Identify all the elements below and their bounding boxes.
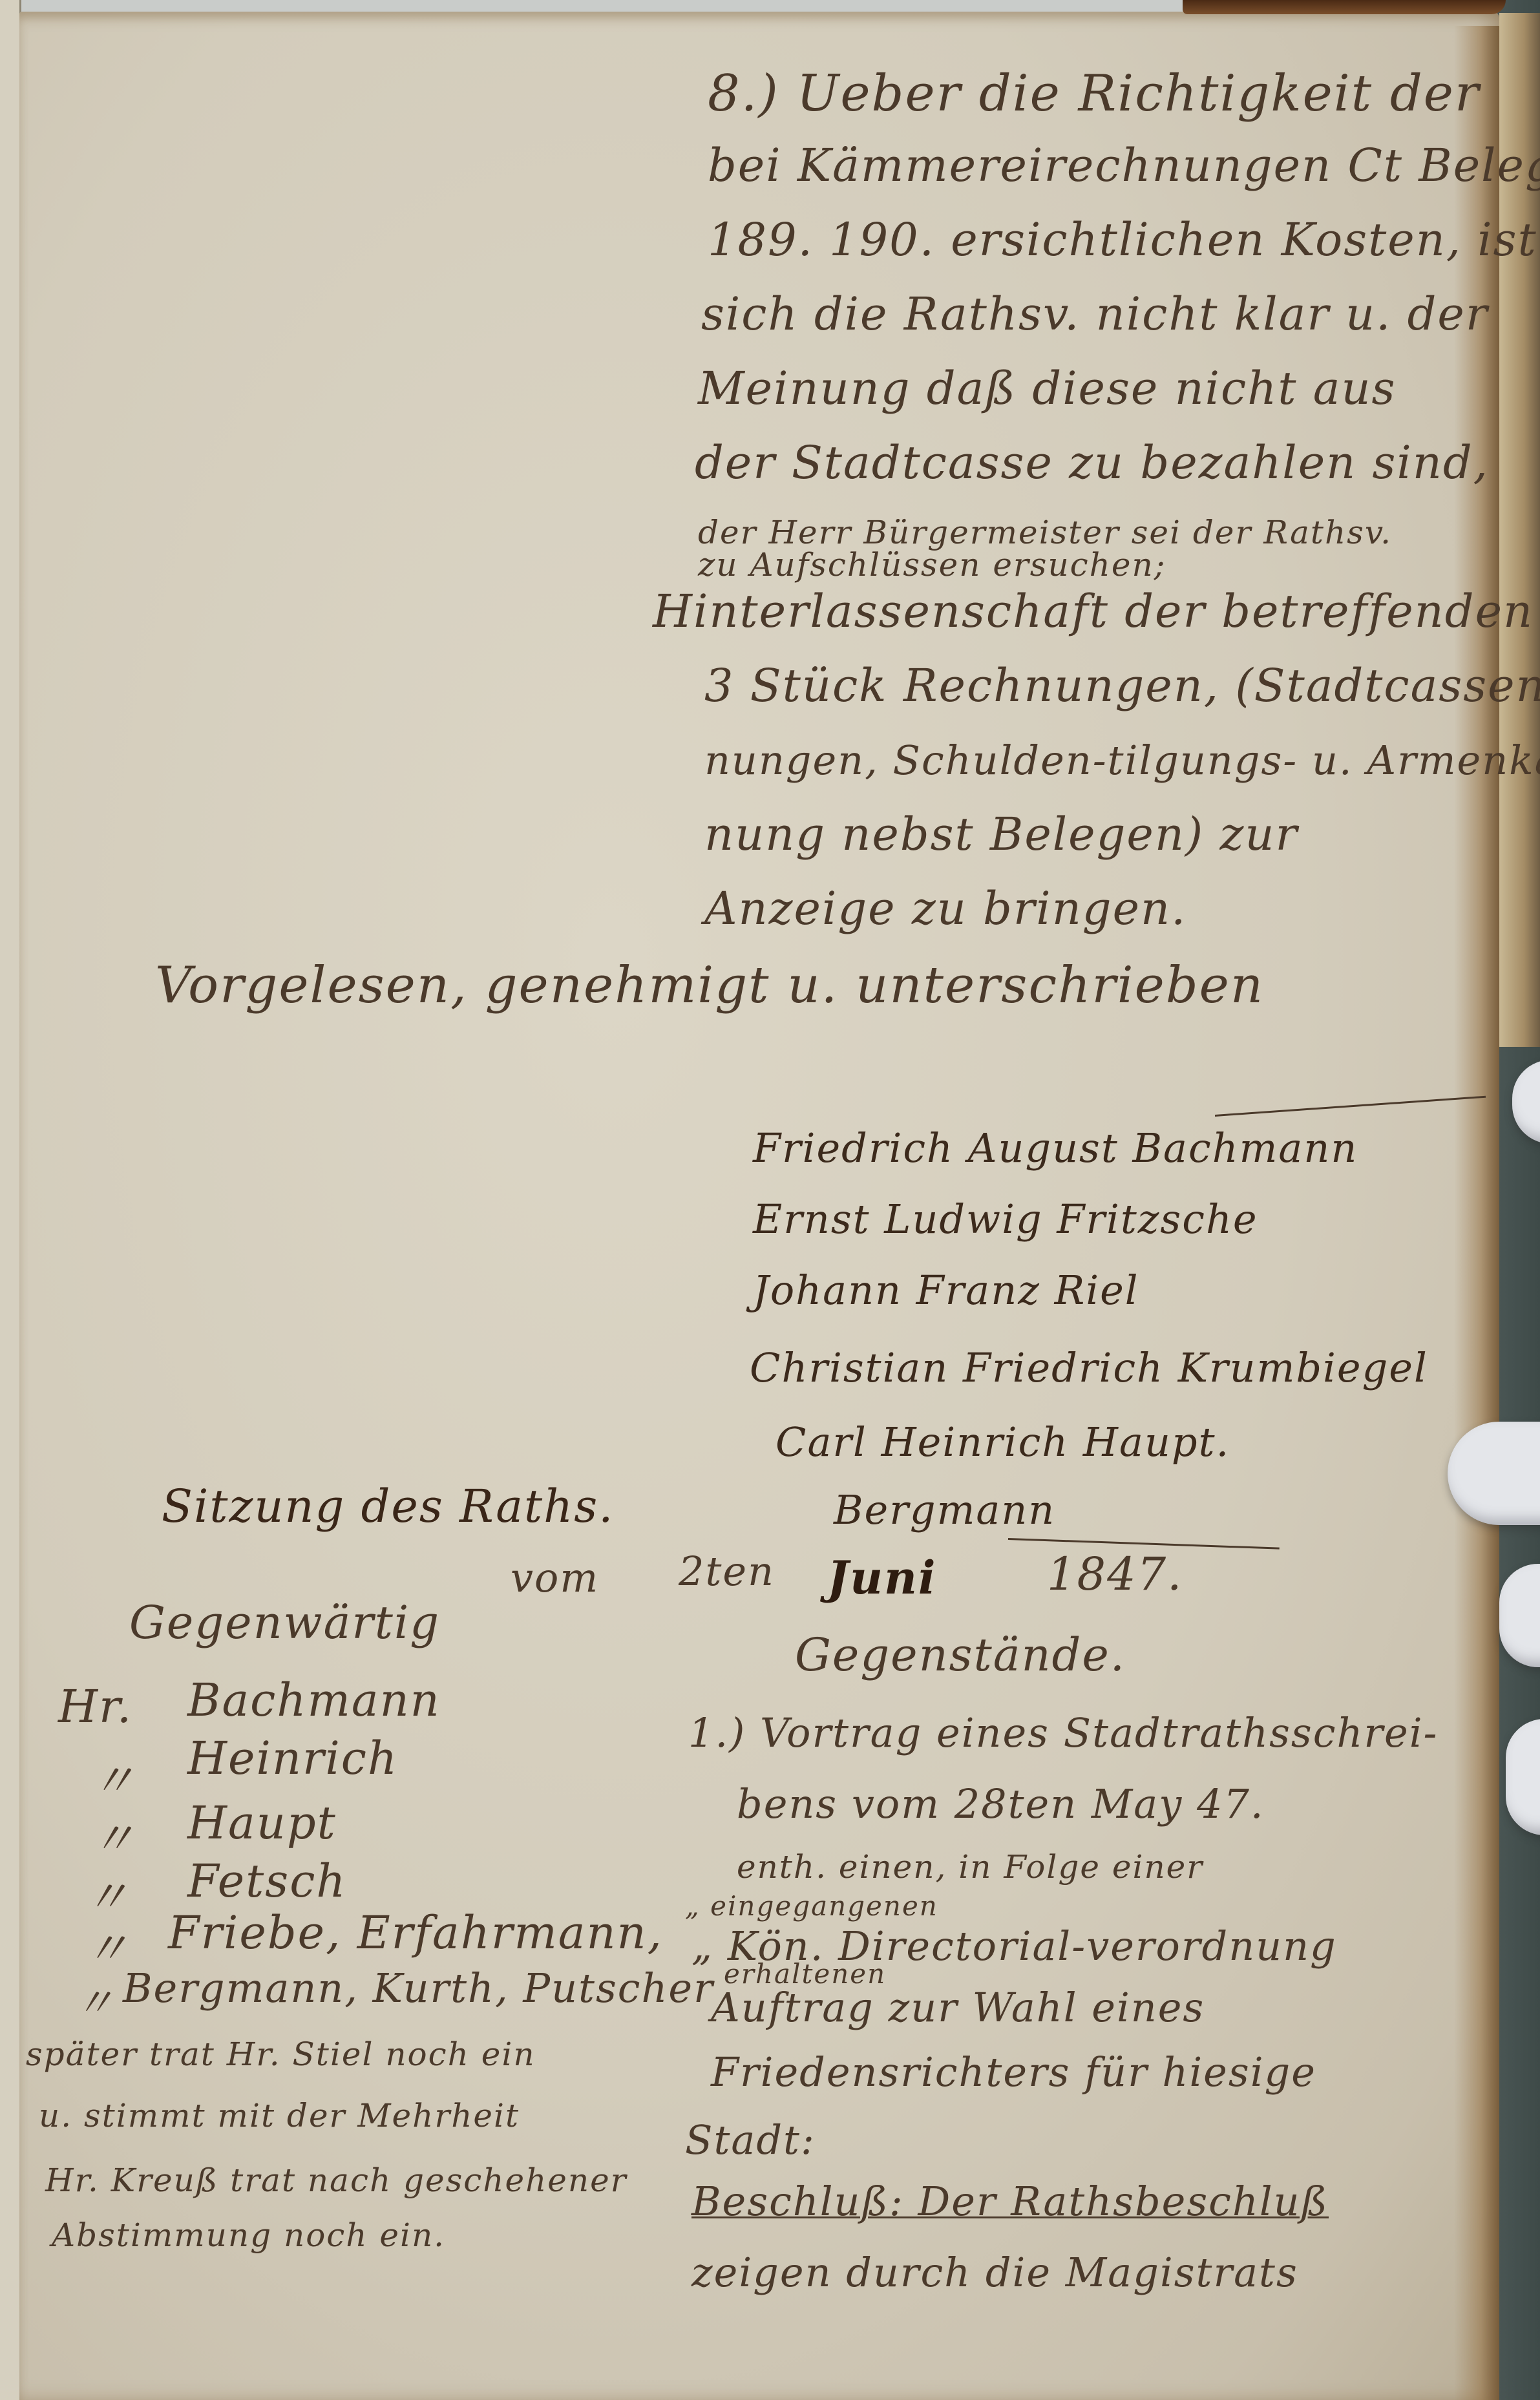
session-date-day: 2ten	[679, 1548, 775, 1595]
item8-line: Anzeige zu bringen.	[704, 882, 1187, 935]
session-heading: Sitzung des Raths.	[162, 1480, 614, 1533]
signature: Friedrich August Bachmann	[753, 1124, 1358, 1172]
resolution-line: zeigen durch die Magistrats	[691, 2249, 1298, 2296]
attendee-name: Heinrich	[187, 1732, 398, 1785]
item8-line: 3 Stück Rechnungen, (Stadtcassen-Rech-	[704, 659, 1540, 712]
agenda-line-insertion: „ eingegangenen	[685, 1890, 938, 1922]
attendee-prefix: 〃	[90, 1803, 137, 1868]
agenda-line: Stadt:	[685, 2116, 816, 2163]
book-binding-top	[1183, 0, 1506, 14]
attendee-prefix: Hr.	[58, 1680, 132, 1733]
attendee-name: Bergmann, Kurth, Putscher	[123, 1964, 714, 2012]
signature: Johann Franz Riel	[753, 1267, 1139, 1314]
adjacent-page-edge	[0, 0, 21, 2400]
signature: Carl Heinrich Haupt.	[775, 1418, 1230, 1466]
item8-line: bei Kämmereirechnungen Ct Belege No	[708, 139, 1540, 192]
agenda-line: 1.) Vortrag eines Stadtrathsschrei-	[688, 1709, 1438, 1756]
subjects-label: Gegenstände.	[795, 1628, 1126, 1681]
present-label: Gegenwärtig	[129, 1596, 440, 1649]
item8-line: Meinung daß diese nicht aus	[698, 362, 1396, 415]
closing-formula: Vorgelesen, genehmigt u. unterschrieben	[155, 956, 1264, 1015]
item8-line-insertion: zu Aufschlüssen ersuchen;	[698, 546, 1166, 584]
attendee-name: Fetsch	[187, 1855, 347, 1908]
agenda-line: bens vom 28ten May 47.	[737, 1780, 1265, 1827]
page-edge-stain	[1454, 26, 1499, 2400]
resolution-line: Beschluß: Der Rathsbeschluß	[691, 2178, 1329, 2225]
agenda-line: Friedensrichters für hiesige	[711, 2048, 1316, 2096]
attendance-note: Abstimmung noch ein.	[52, 2216, 445, 2254]
session-date-month: Juni	[827, 1551, 937, 1605]
item8-line: Hinterlassenschaft der betreffenden	[653, 585, 1534, 638]
item8-line: 189. 190. ersichtlichen Kosten, ist	[708, 213, 1537, 266]
agenda-line: Auftrag zur Wahl eines	[711, 1984, 1205, 2031]
session-date-year: 1847.	[1047, 1548, 1183, 1601]
attendance-note: später trat Hr. Stiel noch ein	[26, 2036, 536, 2073]
agenda-line: enth. einen, in Folge einer	[737, 1848, 1203, 1886]
attendance-note: u. stimmt mit der Mehrheit	[39, 2097, 520, 2134]
attendee-name: Bachmann	[187, 1674, 441, 1727]
attendance-note: Hr. Kreuß trat nach geschehener	[45, 2162, 628, 2199]
attendee-prefix: 〃	[74, 1971, 116, 2028]
attendee-prefix: 〃	[90, 1745, 137, 1810]
attendee-name: Friebe, Erfahrmann,	[168, 1906, 663, 1959]
signature: Ernst Ludwig Fritzsche	[753, 1195, 1258, 1243]
signature: Christian Friedrich Krumbiegel	[750, 1344, 1428, 1391]
item8-line: nungen, Schulden-tilgungs- u. Armenkasse…	[704, 737, 1540, 784]
signature: Bergmann	[834, 1486, 1055, 1533]
item8-line: nung nebst Belegen) zur	[704, 808, 1298, 861]
item8-line: der Stadtcasse zu bezahlen sind,	[695, 436, 1489, 489]
attendee-name: Haupt	[187, 1796, 337, 1849]
item8-line: 8.) Ueber die Richtigkeit der	[708, 65, 1480, 123]
session-date-prefix: vom	[511, 1554, 599, 1601]
item8-line: sich die Rathsv. nicht klar u. der	[701, 288, 1488, 341]
